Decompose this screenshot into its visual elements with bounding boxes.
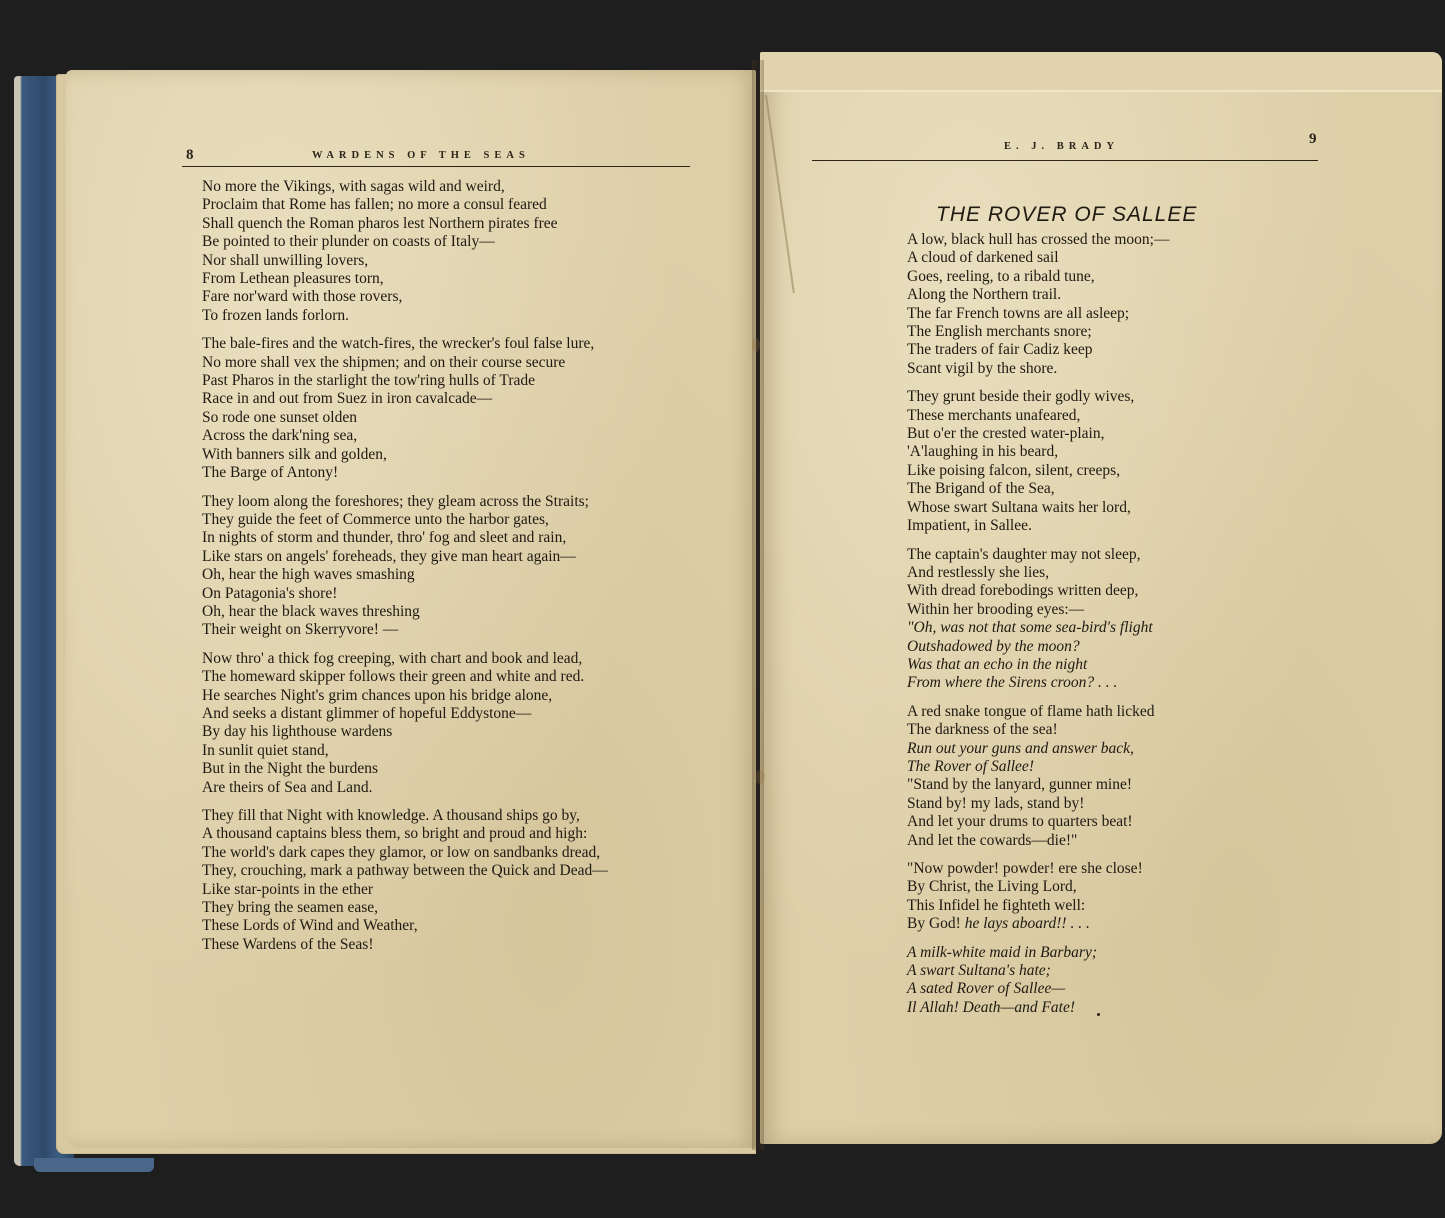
poem-line: Now thro' a thick fog creeping, with cha… bbox=[202, 650, 608, 668]
poem-line: He searches Night's grim chances upon hi… bbox=[202, 687, 608, 705]
poem-line-text: They grunt beside their godly wives, bbox=[907, 388, 1134, 405]
poem-line-text: Race in and out from Suez in iron cavalc… bbox=[202, 390, 492, 407]
poem-line-text: A cloud of darkened sail bbox=[907, 249, 1059, 266]
right-running-head: E. J. BRADY bbox=[812, 137, 1318, 161]
poem-line: Outshadowed by the moon? bbox=[907, 638, 1169, 656]
poem-line-text: A sated Rover of Sallee— bbox=[907, 980, 1065, 997]
poem-line-text: Outshadowed by the moon? bbox=[907, 638, 1080, 655]
poem-line-text: "Stand by the lanyard, gunner mine! bbox=[907, 776, 1132, 793]
poem-line: Run out your guns and answer back, bbox=[907, 740, 1169, 758]
poem-line: A low, black hull has crossed the moon;— bbox=[907, 231, 1169, 249]
poem-line: The captain's daughter may not sleep, bbox=[907, 546, 1169, 564]
poem-line-text: A red snake tongue of flame hath licked bbox=[907, 703, 1155, 720]
poem-line-text: They, crouching, mark a pathway between … bbox=[202, 862, 608, 879]
left-page-number: 8 bbox=[186, 147, 194, 164]
left-running-title: WARDENS OF THE SEAS bbox=[312, 150, 530, 161]
stanza: No more the Vikings, with sagas wild and… bbox=[202, 178, 608, 325]
poem-line: Within her brooding eyes:— bbox=[907, 601, 1169, 619]
poem-line-text: The traders of fair Cadiz keep bbox=[907, 341, 1092, 358]
poem-line: These Lords of Wind and Weather, bbox=[202, 917, 608, 935]
poem-line: A thousand captains bless them, so brigh… bbox=[202, 825, 608, 843]
poem-line-italic-tail: he lays aboard!! . . . bbox=[965, 915, 1090, 932]
poem-line: Along the Northern trail. bbox=[907, 286, 1169, 304]
poem-line-text: And restlessly she lies, bbox=[907, 564, 1049, 581]
poem-line-text: By God! bbox=[907, 915, 965, 932]
poem-line: And restlessly she lies, bbox=[907, 564, 1169, 582]
page-stain bbox=[755, 770, 765, 784]
poem-line-text: And let the cowards—die!" bbox=[907, 832, 1077, 849]
poem-line: They fill that Night with knowledge. A t… bbox=[202, 807, 608, 825]
poem-line-text: Past Pharos in the starlight the tow'rin… bbox=[202, 372, 535, 389]
poem-line: Nor shall unwilling lovers, bbox=[202, 252, 608, 270]
poem-line-text: So rode one sunset olden bbox=[202, 409, 357, 426]
poem-line: To frozen lands forlorn. bbox=[202, 307, 608, 325]
poem-line-text: The Rover of Sallee! bbox=[907, 758, 1034, 775]
poem-line: They grunt beside their godly wives, bbox=[907, 388, 1169, 406]
poem-line-text: "Oh, was not that some sea-bird's flight bbox=[907, 619, 1153, 636]
poem-line-text: The bale-fires and the watch-fires, the … bbox=[202, 335, 594, 352]
poem-line-text: Goes, reeling, to a ribald tune, bbox=[907, 268, 1095, 285]
poem-line: Scant vigil by the shore. bbox=[907, 360, 1169, 378]
poem-line-text: They bring the seamen ease, bbox=[202, 899, 378, 916]
stanza: A low, black hull has crossed the moon;—… bbox=[907, 231, 1169, 378]
poem-line-text: They fill that Night with knowledge. A t… bbox=[202, 807, 580, 824]
poem-line-text: The far French towns are all asleep; bbox=[907, 305, 1129, 322]
poem-line-text: Shall quench the Roman pharos lest North… bbox=[202, 215, 558, 232]
poem-line: Like stars on angels' foreheads, they gi… bbox=[202, 548, 608, 566]
poem-line: With dread forebodings written deep, bbox=[907, 582, 1169, 600]
poem-line-text: Along the Northern trail. bbox=[907, 286, 1061, 303]
poem-line: Oh, hear the black waves threshing bbox=[202, 603, 608, 621]
poem-line: The bale-fires and the watch-fires, the … bbox=[202, 335, 608, 353]
poem-line: In nights of storm and thunder, thro' fo… bbox=[202, 529, 608, 547]
poem-line-text: With dread forebodings written deep, bbox=[907, 582, 1138, 599]
poem-line-text: A milk-white maid in Barbary; bbox=[907, 944, 1097, 961]
poem-line-text: To frozen lands forlorn. bbox=[202, 307, 349, 324]
poem-line: Impatient, in Sallee. bbox=[907, 517, 1169, 535]
poem-line-text: And seeks a distant glimmer of hopeful E… bbox=[202, 705, 531, 722]
poem-line: Oh, hear the high waves smashing bbox=[202, 566, 608, 584]
poem-line-text: The darkness of the sea! bbox=[907, 721, 1058, 738]
poem-line: And let your drums to quarters beat! bbox=[907, 813, 1169, 831]
poem-line-text: These Lords of Wind and Weather, bbox=[202, 917, 418, 934]
right-page-top-edge bbox=[760, 52, 1442, 92]
stanza: They loom along the foreshores; they gle… bbox=[202, 493, 608, 640]
stanza: They fill that Night with knowledge. A t… bbox=[202, 807, 608, 954]
poem-line-text: They loom along the foreshores; they gle… bbox=[202, 493, 589, 510]
poem-line-text: And let your drums to quarters beat! bbox=[907, 813, 1133, 830]
poem-line: The homeward skipper follows their green… bbox=[202, 668, 608, 686]
poem-line-text: Are theirs of Sea and Land. bbox=[202, 779, 372, 796]
poem-line: And let the cowards—die!" bbox=[907, 832, 1169, 850]
poem-line: Fare nor'ward with those rovers, bbox=[202, 288, 608, 306]
poem-line: By Christ, the Living Lord, bbox=[907, 878, 1169, 896]
poem-line-text: By Christ, the Living Lord, bbox=[907, 878, 1077, 895]
poem-line-text: The Barge of Antony! bbox=[202, 464, 338, 481]
poem-line-text: Now thro' a thick fog creeping, with cha… bbox=[202, 650, 582, 667]
poem-line: Like star-points in the ether bbox=[202, 881, 608, 899]
poem-line: Be pointed to their plunder on coasts of… bbox=[202, 233, 608, 251]
poem-line: Are theirs of Sea and Land. bbox=[202, 779, 608, 797]
poem-line: But o'er the crested water-plain, bbox=[907, 425, 1169, 443]
poem-line: By day his lighthouse wardens bbox=[202, 723, 608, 741]
poem-line-text: Be pointed to their plunder on coasts of… bbox=[202, 233, 495, 250]
poem-line: No more shall vex the shipmen; and on th… bbox=[202, 354, 608, 372]
stanza: The bale-fires and the watch-fires, the … bbox=[202, 335, 608, 482]
poem-line: The Rover of Sallee! bbox=[907, 758, 1169, 776]
stanza: A red snake tongue of flame hath lickedT… bbox=[907, 703, 1169, 850]
poem-line-text: Like stars on angels' foreheads, they gi… bbox=[202, 548, 576, 565]
poem-line-text: Fare nor'ward with those rovers, bbox=[202, 288, 402, 305]
poem-line-text: This Infidel he fighteth well: bbox=[907, 897, 1085, 914]
poem-line-text: By day his lighthouse wardens bbox=[202, 723, 392, 740]
page-stain bbox=[752, 338, 760, 352]
poem-line: A red snake tongue of flame hath licked bbox=[907, 703, 1169, 721]
poem-line-text: These Wardens of the Seas! bbox=[202, 936, 374, 953]
poem-line: The Brigand of the Sea, bbox=[907, 480, 1169, 498]
poem-line: Past Pharos in the starlight the tow'rin… bbox=[202, 372, 608, 390]
poem-line: They guide the feet of Commerce unto the… bbox=[202, 511, 608, 529]
poem-line-text: But o'er the crested water-plain, bbox=[907, 425, 1104, 442]
poem-line-text: Run out your guns and answer back, bbox=[907, 740, 1134, 757]
poem-line: Race in and out from Suez in iron cavalc… bbox=[202, 390, 608, 408]
poem-line: From Lethean pleasures torn, bbox=[202, 270, 608, 288]
poem-line-text: The world's dark capes they glamor, or l… bbox=[202, 844, 600, 861]
poem-line-text: Scant vigil by the shore. bbox=[907, 360, 1057, 377]
stanza: "Now powder! powder! ere she close!By Ch… bbox=[907, 860, 1169, 934]
poem-line-text: The Brigand of the Sea, bbox=[907, 480, 1055, 497]
poem-line: The darkness of the sea! bbox=[907, 721, 1169, 739]
poem-line-text: From where the Sirens croon? . . . bbox=[907, 674, 1117, 691]
poem-line-text: The homeward skipper follows their green… bbox=[202, 668, 584, 685]
poem-line-text: They guide the feet of Commerce unto the… bbox=[202, 511, 549, 528]
poem-line-text: The English merchants snore; bbox=[907, 323, 1092, 340]
poem-line: "Oh, was not that some sea-bird's flight bbox=[907, 619, 1169, 637]
poem-line: Il Allah! Death—and Fate! bbox=[907, 999, 1169, 1017]
poem-line: A milk-white maid in Barbary; bbox=[907, 944, 1169, 962]
poem-line: They loom along the foreshores; they gle… bbox=[202, 493, 608, 511]
poem-line-text: Nor shall unwilling lovers, bbox=[202, 252, 368, 269]
poem-line-text: He searches Night's grim chances upon hi… bbox=[202, 687, 552, 704]
poem-line-text: These merchants unafeared, bbox=[907, 407, 1080, 424]
poem-line-text: A low, black hull has crossed the moon;— bbox=[907, 231, 1169, 248]
poem-line-text: Oh, hear the black waves threshing bbox=[202, 603, 420, 620]
poem-line: Was that an echo in the night bbox=[907, 656, 1169, 674]
poem-line-text: Within her brooding eyes:— bbox=[907, 601, 1084, 618]
poem-line-text: On Patagonia's shore! bbox=[202, 585, 337, 602]
poem-line-text: Proclaim that Rome has fallen; no more a… bbox=[202, 196, 547, 213]
poem-line: They, crouching, mark a pathway between … bbox=[202, 862, 608, 880]
poem-line: Across the dark'ning sea, bbox=[202, 427, 608, 445]
poem-line-text: In nights of storm and thunder, thro' fo… bbox=[202, 529, 566, 546]
left-running-head: 8 WARDENS OF THE SEAS bbox=[182, 143, 690, 167]
poem-line-text: Like star-points in the ether bbox=[202, 881, 373, 898]
left-poem-text: No more the Vikings, with sagas wild and… bbox=[202, 178, 608, 964]
poem-line: The world's dark capes they glamor, or l… bbox=[202, 844, 608, 862]
poem-line-text: Across the dark'ning sea, bbox=[202, 427, 357, 444]
poem-line-text: In sunlit quiet stand, bbox=[202, 742, 329, 759]
poem-line: The Barge of Antony! bbox=[202, 464, 608, 482]
poem-line: This Infidel he fighteth well: bbox=[907, 897, 1169, 915]
poem-line: In sunlit quiet stand, bbox=[202, 742, 608, 760]
poem-line: With banners silk and golden, bbox=[202, 446, 608, 464]
poem-line: From where the Sirens croon? . . . bbox=[907, 674, 1169, 692]
stanza: Now thro' a thick fog creeping, with cha… bbox=[202, 650, 608, 797]
poem-line: "Stand by the lanyard, gunner mine! bbox=[907, 776, 1169, 794]
stanza: They grunt beside their godly wives,Thes… bbox=[907, 388, 1169, 535]
poem-line: A sated Rover of Sallee— bbox=[907, 980, 1169, 998]
poem-line: Goes, reeling, to a ribald tune, bbox=[907, 268, 1169, 286]
poem-line-text: Oh, hear the high waves smashing bbox=[202, 566, 415, 583]
end-ornament bbox=[1097, 1013, 1100, 1016]
poem-line: By God! he lays aboard!! . . . bbox=[907, 915, 1169, 933]
poem-line: The traders of fair Cadiz keep bbox=[907, 341, 1169, 359]
poem-line: No more the Vikings, with sagas wild and… bbox=[202, 178, 608, 196]
right-running-title: E. J. BRADY bbox=[1004, 141, 1119, 152]
poem-line-text: No more shall vex the shipmen; and on th… bbox=[202, 354, 565, 371]
poem-line: So rode one sunset olden bbox=[202, 409, 608, 427]
poem-line: Shall quench the Roman pharos lest North… bbox=[202, 215, 608, 233]
stanza: The captain's daughter may not sleep,And… bbox=[907, 546, 1169, 693]
poem-line-text: A thousand captains bless them, so brigh… bbox=[202, 825, 587, 842]
poem-line-text: Impatient, in Sallee. bbox=[907, 517, 1032, 534]
poem-line-text: Stand by! my lads, stand by! bbox=[907, 795, 1084, 812]
poem-line-text: Il Allah! Death—and Fate! bbox=[907, 999, 1075, 1016]
poem-line-text: A swart Sultana's hate; bbox=[907, 962, 1051, 979]
poem-line-text: With banners silk and golden, bbox=[202, 446, 387, 463]
poem-line: These Wardens of the Seas! bbox=[202, 936, 608, 954]
poem-line-text: From Lethean pleasures torn, bbox=[202, 270, 384, 287]
right-page-number: 9 bbox=[1309, 131, 1317, 148]
poem-line: Stand by! my lads, stand by! bbox=[907, 795, 1169, 813]
poem-line-text: Like poising falcon, silent, creeps, bbox=[907, 462, 1120, 479]
poem-line: The far French towns are all asleep; bbox=[907, 305, 1169, 323]
poem-line-text: No more the Vikings, with sagas wild and… bbox=[202, 178, 505, 195]
poem-line: The English merchants snore; bbox=[907, 323, 1169, 341]
stanza: A milk-white maid in Barbary;A swart Sul… bbox=[907, 944, 1169, 1018]
poem-line: "Now powder! powder! ere she close! bbox=[907, 860, 1169, 878]
poem-line-text: Whose swart Sultana waits her lord, bbox=[907, 499, 1131, 516]
poem-line-text: "Now powder! powder! ere she close! bbox=[907, 860, 1143, 877]
poem-line: Whose swart Sultana waits her lord, bbox=[907, 499, 1169, 517]
poem-line: 'A'laughing in his beard, bbox=[907, 443, 1169, 461]
poem-line: Like poising falcon, silent, creeps, bbox=[907, 462, 1169, 480]
poem-line: These merchants unafeared, bbox=[907, 407, 1169, 425]
poem-line-text: The captain's daughter may not sleep, bbox=[907, 546, 1141, 563]
poem-line: And seeks a distant glimmer of hopeful E… bbox=[202, 705, 608, 723]
poem-line: On Patagonia's shore! bbox=[202, 585, 608, 603]
poem-line-text: But in the Night the burdens bbox=[202, 760, 378, 777]
poem-line-text: Was that an echo in the night bbox=[907, 656, 1087, 673]
poem-line: A cloud of darkened sail bbox=[907, 249, 1169, 267]
poem-line-text: 'A'laughing in his beard, bbox=[907, 443, 1058, 460]
book-gutter bbox=[752, 60, 764, 1150]
poem-line: They bring the seamen ease, bbox=[202, 899, 608, 917]
poem-line: But in the Night the burdens bbox=[202, 760, 608, 778]
poem-line: A swart Sultana's hate; bbox=[907, 962, 1169, 980]
poem-line: Proclaim that Rome has fallen; no more a… bbox=[202, 196, 608, 214]
poem-title: THE ROVER OF SALLEE bbox=[936, 203, 1197, 227]
poem-line-text: Their weight on Skerryvore! — bbox=[202, 621, 398, 638]
right-poem-text: A low, black hull has crossed the moon;—… bbox=[907, 231, 1169, 1027]
poem-line: Their weight on Skerryvore! — bbox=[202, 621, 608, 639]
